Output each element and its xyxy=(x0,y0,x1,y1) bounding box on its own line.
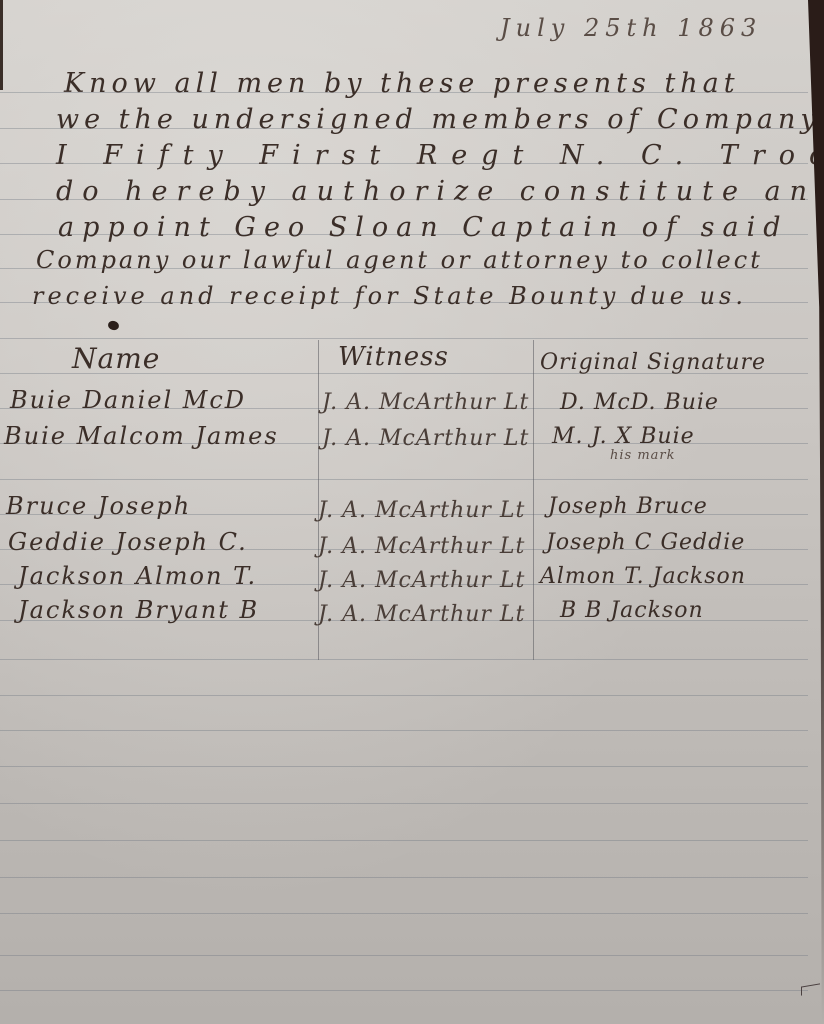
row-witness: J. A. McArthur Lt xyxy=(318,534,525,559)
preamble-line: appoint Geo Sloan Captain of said xyxy=(58,212,789,243)
row-name: Jackson Almon T. xyxy=(18,562,257,590)
row-witness: J. A. McArthur Lt xyxy=(322,426,529,451)
row-name: Bruce Joseph xyxy=(6,492,191,520)
row-name: Geddie Joseph C. xyxy=(8,528,248,556)
ink-blot xyxy=(107,320,120,332)
row-signature: Joseph Bruce xyxy=(548,494,708,519)
document-page: July 25th 1863 Know all men by these pre… xyxy=(0,0,824,1024)
header-signature: Original Signature xyxy=(540,350,766,375)
row-witness: J. A. McArthur Lt xyxy=(318,602,525,627)
row-name: Buie Daniel McD xyxy=(10,386,246,414)
document-date: July 25th 1863 xyxy=(500,14,762,42)
preamble-line: Know all men by these presents that xyxy=(64,68,740,99)
row-signature: D. McD. Buie xyxy=(560,390,719,415)
row-mark-note: his mark xyxy=(610,448,676,463)
row-signature: Almon T. Jackson xyxy=(540,564,746,589)
row-witness: J. A. McArthur Lt xyxy=(318,568,525,593)
page-corner-mark xyxy=(801,983,820,995)
row-signature: Joseph C Geddie xyxy=(546,530,745,555)
page-left-edge xyxy=(0,0,3,90)
row-signature: M. J. X Buie xyxy=(552,424,695,449)
column-divider-2 xyxy=(533,340,534,660)
header-name: Name xyxy=(72,342,160,375)
row-name: Jackson Bryant B xyxy=(18,596,259,624)
row-witness: J. A. McArthur Lt xyxy=(322,390,529,415)
row-witness: J. A. McArthur Lt xyxy=(318,498,525,523)
preamble-line: we the undersigned members of Company xyxy=(56,104,821,135)
preamble-line: I Fifty First Regt N. C. Troops xyxy=(56,140,824,171)
preamble-line: receive and receipt for State Bounty due… xyxy=(32,282,747,310)
header-witness: Witness xyxy=(338,342,449,372)
row-signature: B B Jackson xyxy=(560,598,704,623)
preamble-line: Company our lawful agent or attorney to … xyxy=(36,246,763,274)
preamble-line: do hereby authorize constitute and xyxy=(56,176,824,207)
row-name: Buie Malcom James xyxy=(4,422,279,450)
